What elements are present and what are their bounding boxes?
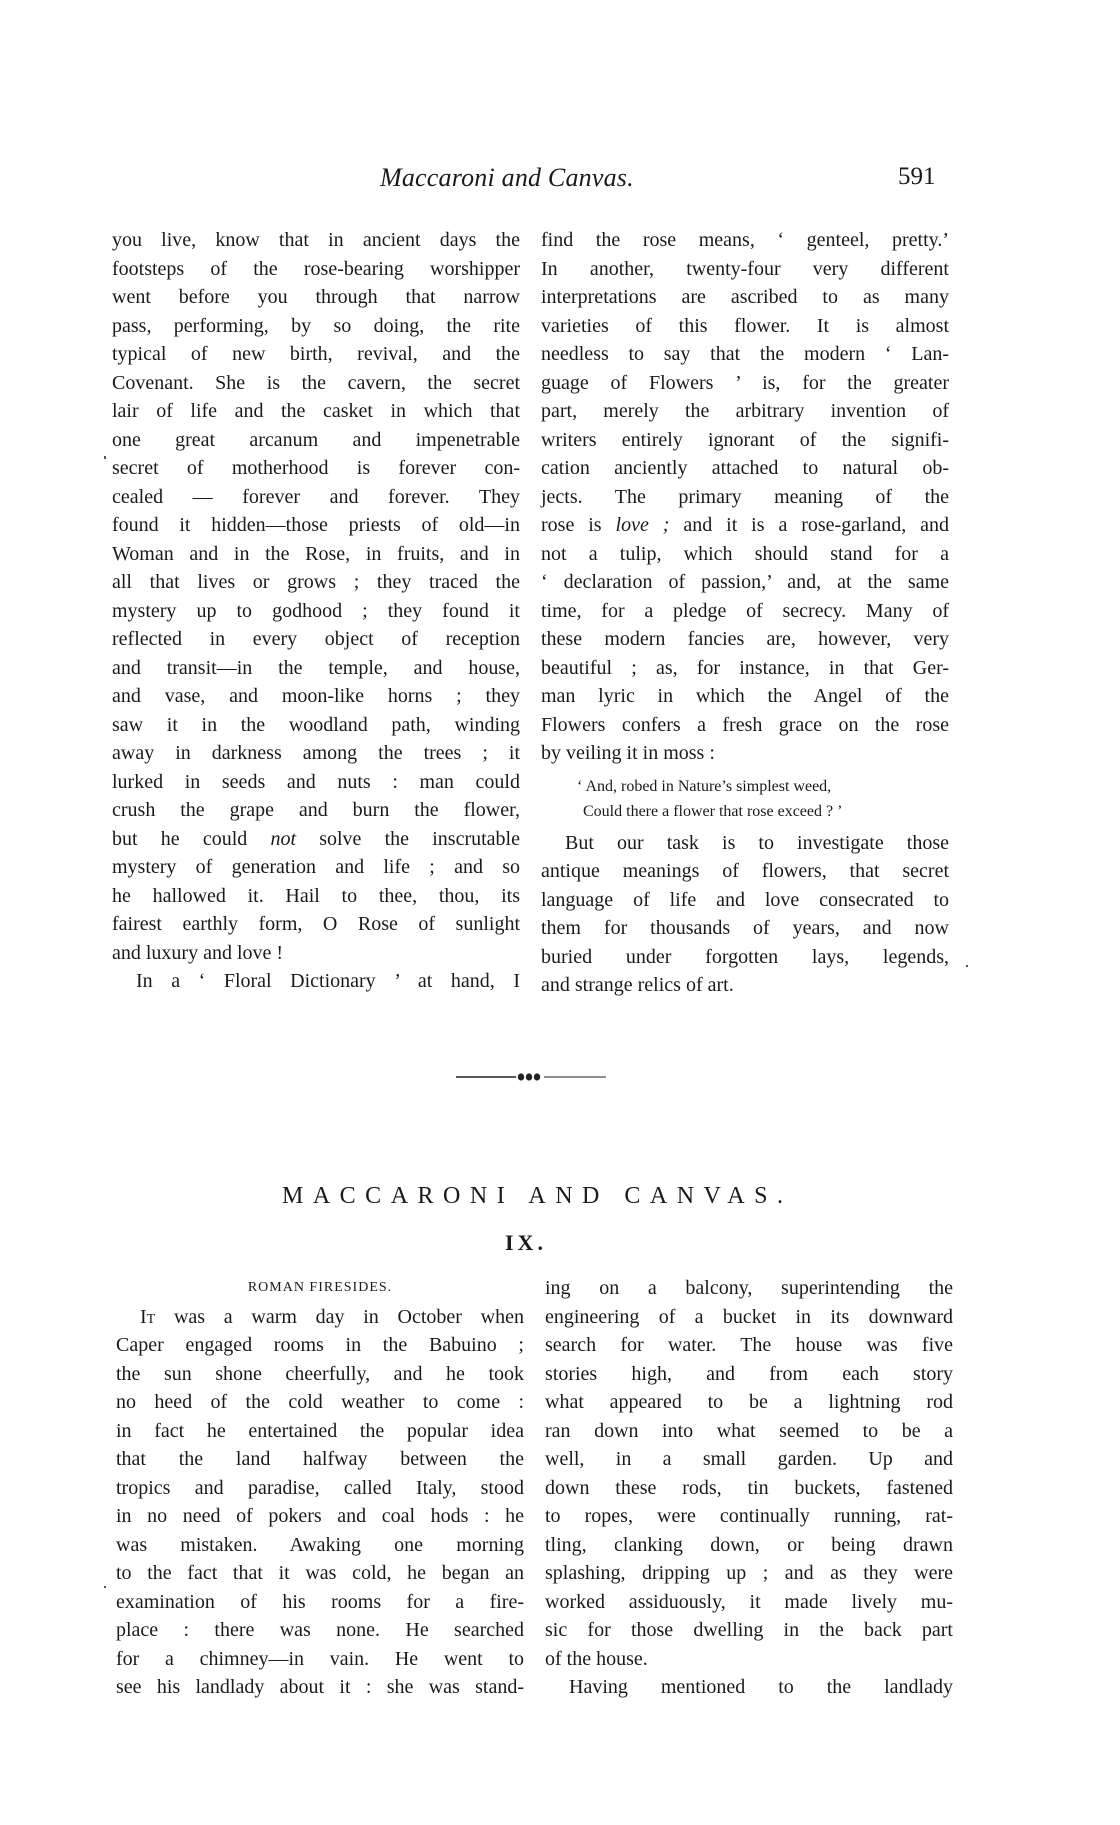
- text-line: that the land halfway between the: [116, 1445, 524, 1474]
- text-line: down these rods, tin buckets, fastened: [545, 1474, 953, 1503]
- text-line: mystery of generation and life ; and so: [112, 853, 520, 882]
- text-line: you live, know that in ancient days the: [112, 226, 520, 255]
- text-line: he hallowed it. Hail to thee, thou, its: [112, 882, 520, 911]
- text-line: sic for those dwelling in the back part: [545, 1616, 953, 1645]
- text-line: examination of his rooms for a fire-: [116, 1588, 524, 1617]
- text-line: tropics and paradise, called Italy, stoo…: [116, 1474, 524, 1503]
- text-line: man lyric in which the Angel of the: [541, 682, 949, 711]
- text-line: Covenant. She is the cavern, the secret: [112, 369, 520, 398]
- text-line: away in darkness among the trees ; it: [112, 739, 520, 768]
- text-segment: rose is: [541, 514, 616, 536]
- text-line: was mistaken. Awaking one morning: [116, 1531, 524, 1560]
- poem-line: ‘ And, robed in Nature’s simplest weed,: [541, 774, 949, 799]
- text-line: these modern fancies are, however, very: [541, 625, 949, 654]
- text-line: the sun shone cheerfully, and he took: [116, 1360, 524, 1389]
- text-line: find the rose means, ‘ genteel, pretty.’: [541, 226, 949, 255]
- text-line: beautiful ; as, for instance, in that Ge…: [541, 654, 949, 683]
- text-line: lair of life and the casket in which tha…: [112, 397, 520, 426]
- paragraph-start: In a ‘ Floral Dictionary ’ at hand, I: [112, 967, 520, 996]
- text-line-with-italic: rose is love ; and it is a rose-garland,…: [541, 511, 949, 540]
- scan-speck: [104, 1586, 106, 1588]
- lower-right-column: ing on a balcony, superintending the eng…: [545, 1274, 953, 1702]
- upper-right-column: find the rose means, ‘ genteel, pretty.’…: [541, 226, 949, 1000]
- text-line: needless to say that the modern ‘ Lan-: [541, 340, 949, 369]
- text-line: engineering of a bucket in its downward: [545, 1303, 953, 1332]
- text-line: ran down into what seemed to be a: [545, 1417, 953, 1446]
- text-line: cation anciently attached to natural ob-: [541, 454, 949, 483]
- text-line: language of life and love consecrated to: [541, 886, 949, 915]
- text-line: cealed — forever and forever. They: [112, 483, 520, 512]
- text-line: them for thousands of years, and now: [541, 914, 949, 943]
- article-title: MACCARONI AND CANVAS.: [282, 1183, 792, 1210]
- text-line: time, for a pledge of secrecy. Many of: [541, 597, 949, 626]
- drop-word: It: [140, 1306, 155, 1328]
- text-line: and transit—in the temple, and house,: [112, 654, 520, 683]
- text-line: fairest earthly form, O Rose of sunlight: [112, 910, 520, 939]
- text-line: pass, performing, by so doing, the rite: [112, 312, 520, 341]
- running-title: Maccaroni and Canvas.: [380, 163, 634, 193]
- poem-line: Could there a flower that rose exceed ? …: [541, 799, 949, 824]
- text-line: of the house.: [545, 1645, 953, 1674]
- text-line: part, merely the arbitrary invention of: [541, 397, 949, 426]
- page-number: 591: [898, 163, 936, 191]
- paragraph-start: But our task is to investigate those: [541, 829, 949, 858]
- text-segment: and it is a rose-garland, and: [669, 514, 949, 536]
- text-line: one great arcanum and impenetrable: [112, 426, 520, 455]
- text-line: to the fact that it was cold, he began a…: [116, 1559, 524, 1588]
- text-line: not a tulip, which should stand for a: [541, 540, 949, 569]
- text-line: In another, twenty-four very different: [541, 255, 949, 284]
- text-line: for a chimney—in vain. He went to: [116, 1645, 524, 1674]
- text-line: reflected in every object of reception: [112, 625, 520, 654]
- text-segment: solve the inscrutable: [296, 828, 520, 850]
- text-line: secret of motherhood is forever con-: [112, 454, 520, 483]
- text-line: Woman and in the Rose, in fruits, and in: [112, 540, 520, 569]
- text-line: what appeared to be a lightning rod: [545, 1388, 953, 1417]
- text-line: ‘ declaration of passion,’ and, at the s…: [541, 568, 949, 597]
- text-line: crush the grape and burn the flower,: [112, 796, 520, 825]
- text-line: writers entirely ignorant of the signifi…: [541, 426, 949, 455]
- text-line: lurked in seeds and nuts : man could: [112, 768, 520, 797]
- ornamental-divider-icon: [456, 1070, 606, 1084]
- text-line: to ropes, were continually running, rat-: [545, 1502, 953, 1531]
- text-line: tling, clanking down, or being drawn: [545, 1531, 953, 1560]
- chapter-number: IX.: [505, 1230, 547, 1256]
- text-line: stories high, and from each story: [545, 1360, 953, 1389]
- scan-speck: [104, 456, 106, 459]
- text-line: and vase, and moon-like horns ; they: [112, 682, 520, 711]
- text-line: and strange relics of art.: [541, 971, 949, 1000]
- upper-left-column: you live, know that in ancient days the …: [112, 226, 520, 996]
- italic-emphasis: not: [270, 828, 296, 850]
- text-line: see his landlady about it : she was stan…: [116, 1673, 524, 1702]
- text-line: search for water. The house was five: [545, 1331, 953, 1360]
- text-segment: was a warm day in October when: [155, 1306, 524, 1328]
- text-line: no heed of the cold weather to come :: [116, 1388, 524, 1417]
- text-line: interpretations are ascribed to as many: [541, 283, 949, 312]
- text-line: footsteps of the rose-bearing worshipper: [112, 255, 520, 284]
- italic-emphasis: love ;: [616, 514, 670, 536]
- text-line: Flowers confers a fresh grace on the ros…: [541, 711, 949, 740]
- text-line-with-italic: but he could not solve the inscrutable: [112, 825, 520, 854]
- text-line: typical of new birth, revival, and the: [112, 340, 520, 369]
- text-line: well, in a small garden. Up and: [545, 1445, 953, 1474]
- text-line: all that lives or grows ; they traced th…: [112, 568, 520, 597]
- text-line: mystery up to godhood ; they found it: [112, 597, 520, 626]
- text-line: antique meanings of flowers, that secret: [541, 857, 949, 886]
- text-line: went before you through that narrow: [112, 283, 520, 312]
- scan-speck: [966, 965, 968, 967]
- text-line: varieties of this flower. It is almost: [541, 312, 949, 341]
- text-line: worked assiduously, it made lively mu-: [545, 1588, 953, 1617]
- text-line: saw it in the woodland path, winding: [112, 711, 520, 740]
- lower-left-column: ROMAN FIRESIDES. It was a warm day in Oc…: [116, 1274, 524, 1702]
- text-line: by veiling it in moss :: [541, 739, 949, 768]
- text-line: splashing, dripping up ; and as they wer…: [545, 1559, 953, 1588]
- paragraph-start: It was a warm day in October when: [116, 1303, 524, 1332]
- text-line: guage of Flowers ’ is, for the greater: [541, 369, 949, 398]
- text-line: in fact he entertained the popular idea: [116, 1417, 524, 1446]
- text-line: in no need of pokers and coal hods : he: [116, 1502, 524, 1531]
- text-segment: but he could: [112, 828, 270, 850]
- section-subheading: ROMAN FIRESIDES.: [116, 1274, 524, 1303]
- text-line: and luxury and love !: [112, 939, 520, 968]
- text-line: place : there was none. He searched: [116, 1616, 524, 1645]
- text-line: buried under forgotten lays, legends,: [541, 943, 949, 972]
- paragraph-start: Having mentioned to the landlady: [545, 1673, 953, 1702]
- text-line: Caper engaged rooms in the Babuino ;: [116, 1331, 524, 1360]
- text-line: found it hidden—those priests of old—in: [112, 511, 520, 540]
- text-line: jects. The primary meaning of the: [541, 483, 949, 512]
- text-line: ing on a balcony, superintending the: [545, 1274, 953, 1303]
